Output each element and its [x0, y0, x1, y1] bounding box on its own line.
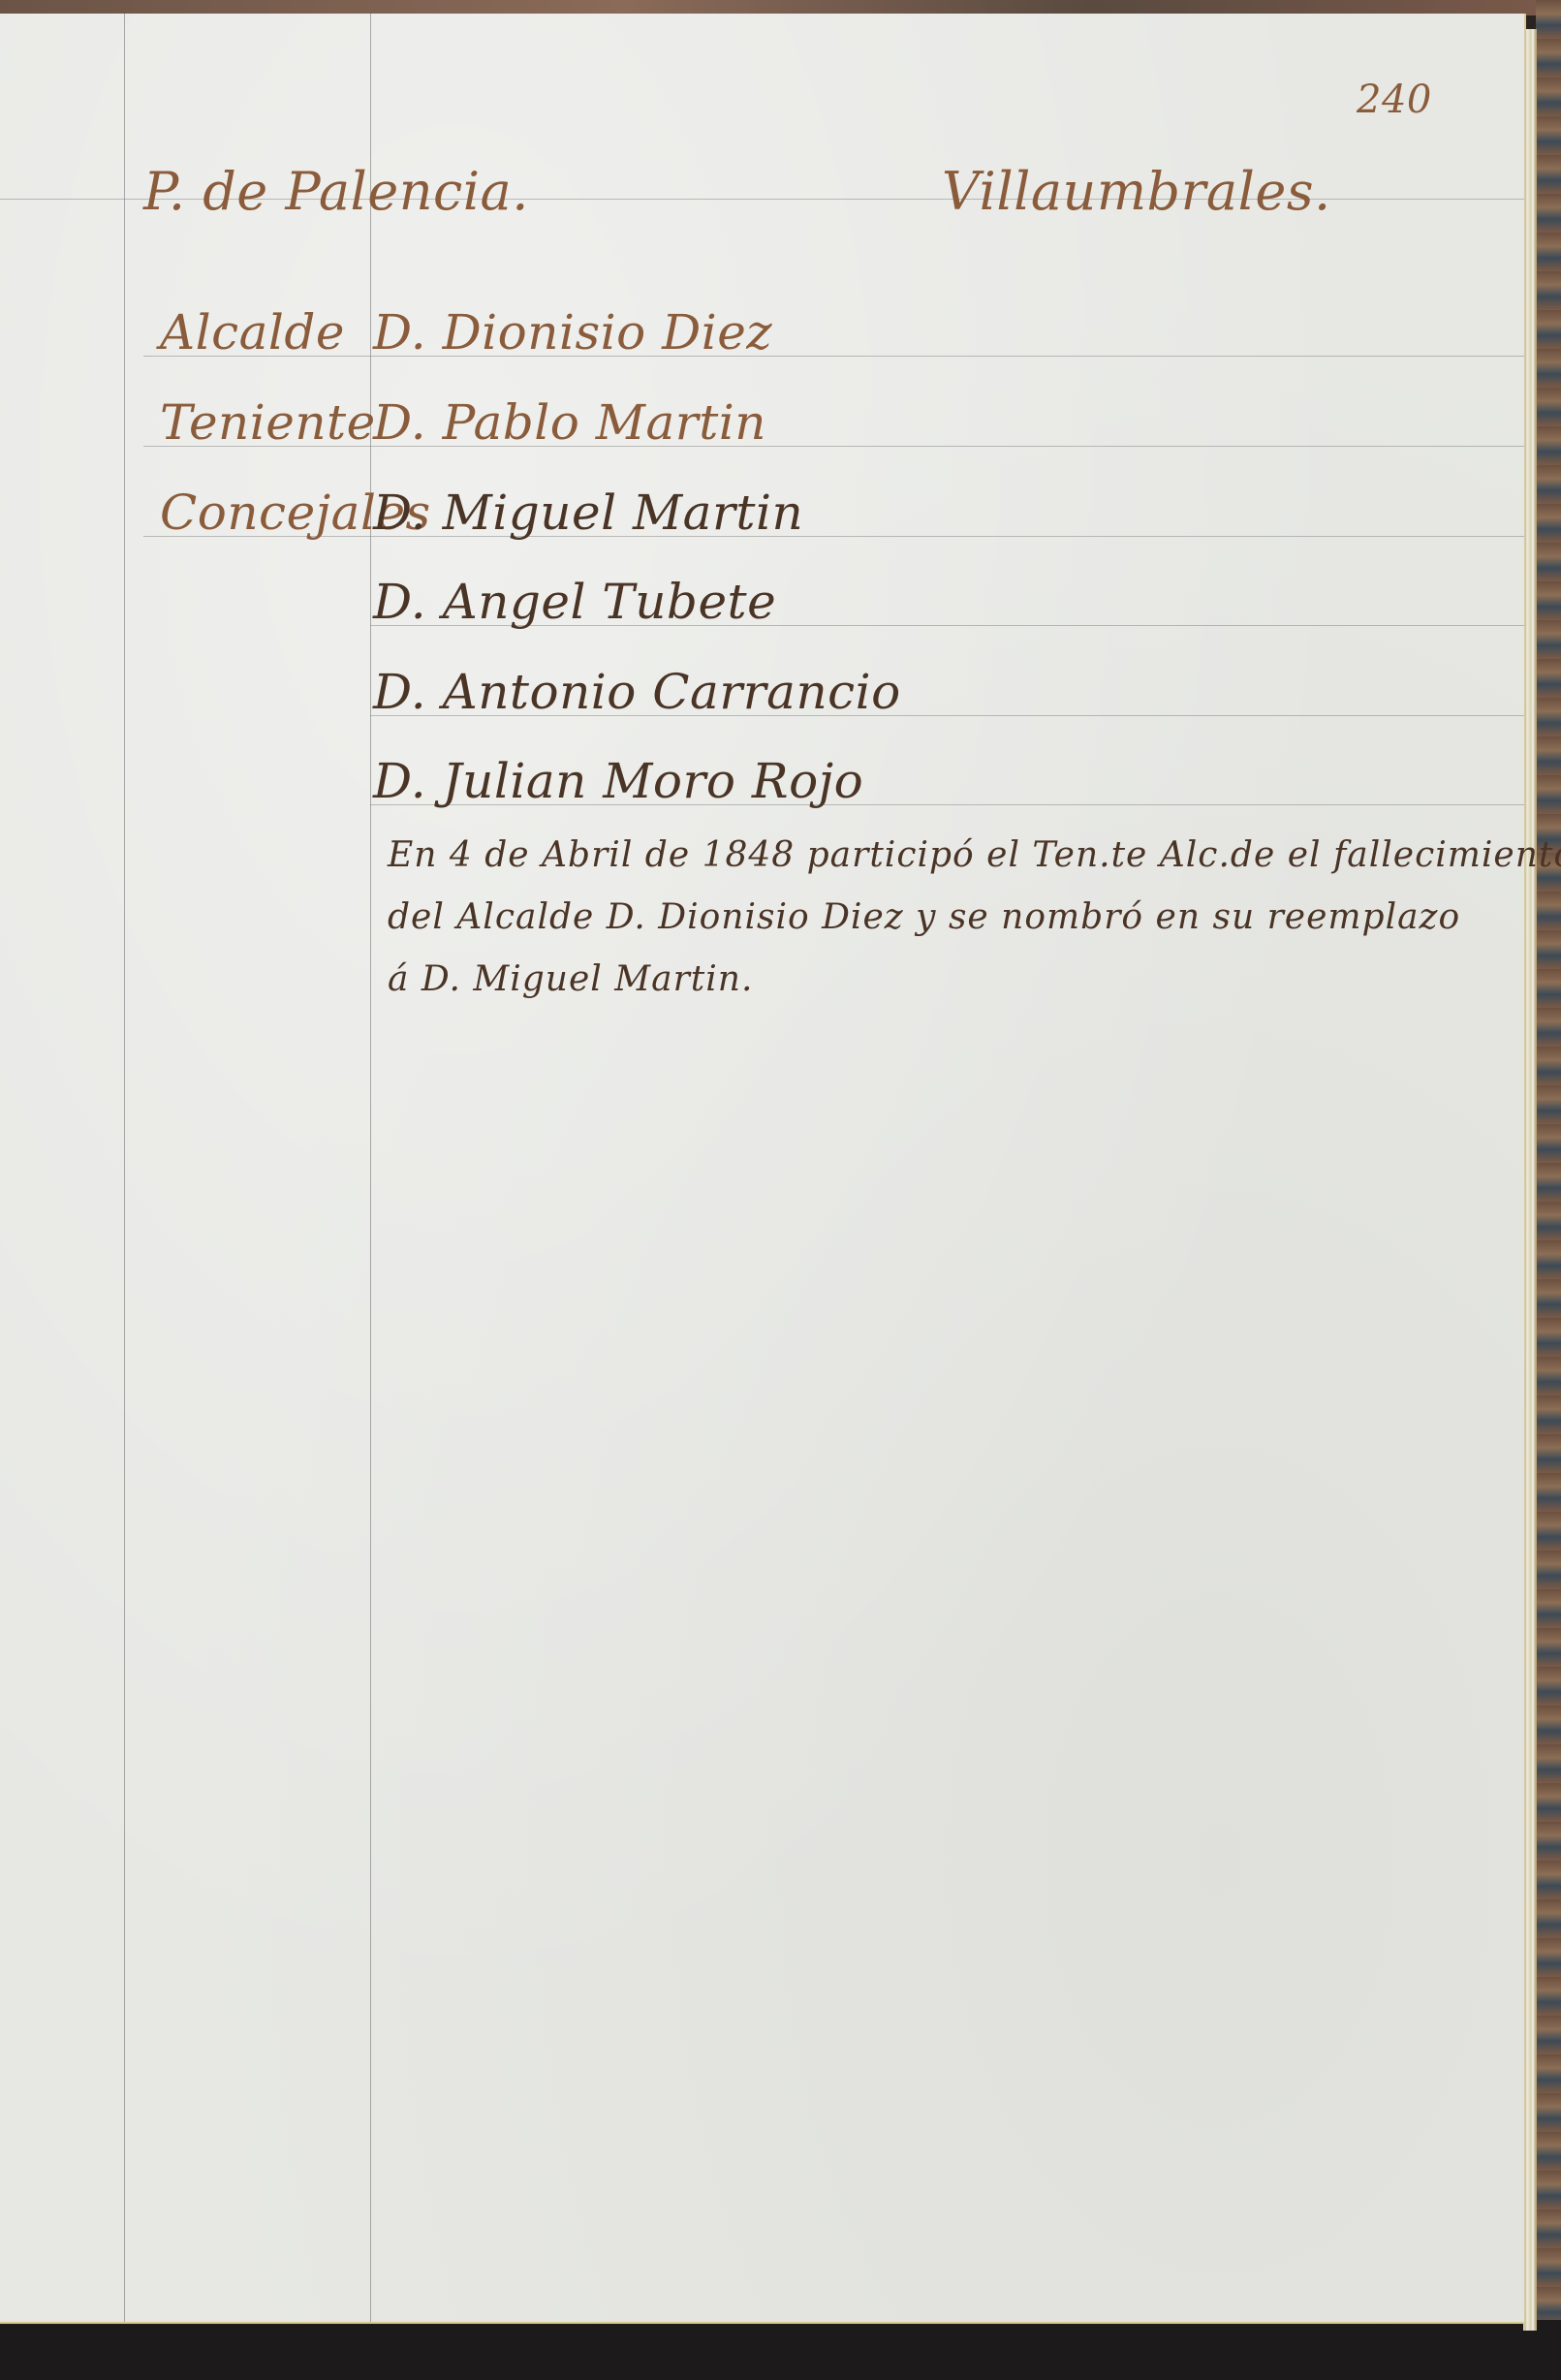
municipality-heading: Villaumbrales. [942, 161, 1331, 222]
note-line: En 4 de Abril de 1848 participó el Ten.t… [388, 835, 1561, 875]
province-heading: P. de Palencia. [143, 161, 529, 222]
note-line: del Alcalde D. Dionisio Diez y se nombró… [388, 897, 1460, 937]
role-column-line [370, 14, 371, 2322]
official-name: D. Angel Tubete [373, 574, 776, 630]
book-binding-right [1536, 0, 1561, 2380]
ledger-page: 240 P. de Palencia. Villaumbrales. Alcal… [0, 14, 1526, 2324]
book-cover-bottom [0, 2320, 1561, 2380]
official-role: Alcalde [160, 304, 345, 360]
note-line: á D. Miguel Martin. [388, 959, 753, 999]
outer-margin-line [124, 14, 125, 2322]
page-number: 240 [1357, 78, 1432, 122]
official-name: D. Miguel Martin [373, 485, 803, 541]
official-name: D. Dionisio Diez [373, 304, 772, 360]
official-name: D. Pablo Martin [373, 394, 766, 451]
ruled-line [143, 356, 1524, 357]
official-name: D. Julian Moro Rojo [373, 753, 863, 809]
official-name: D. Antonio Carrancio [373, 664, 901, 720]
official-role: Teniente [160, 394, 376, 451]
